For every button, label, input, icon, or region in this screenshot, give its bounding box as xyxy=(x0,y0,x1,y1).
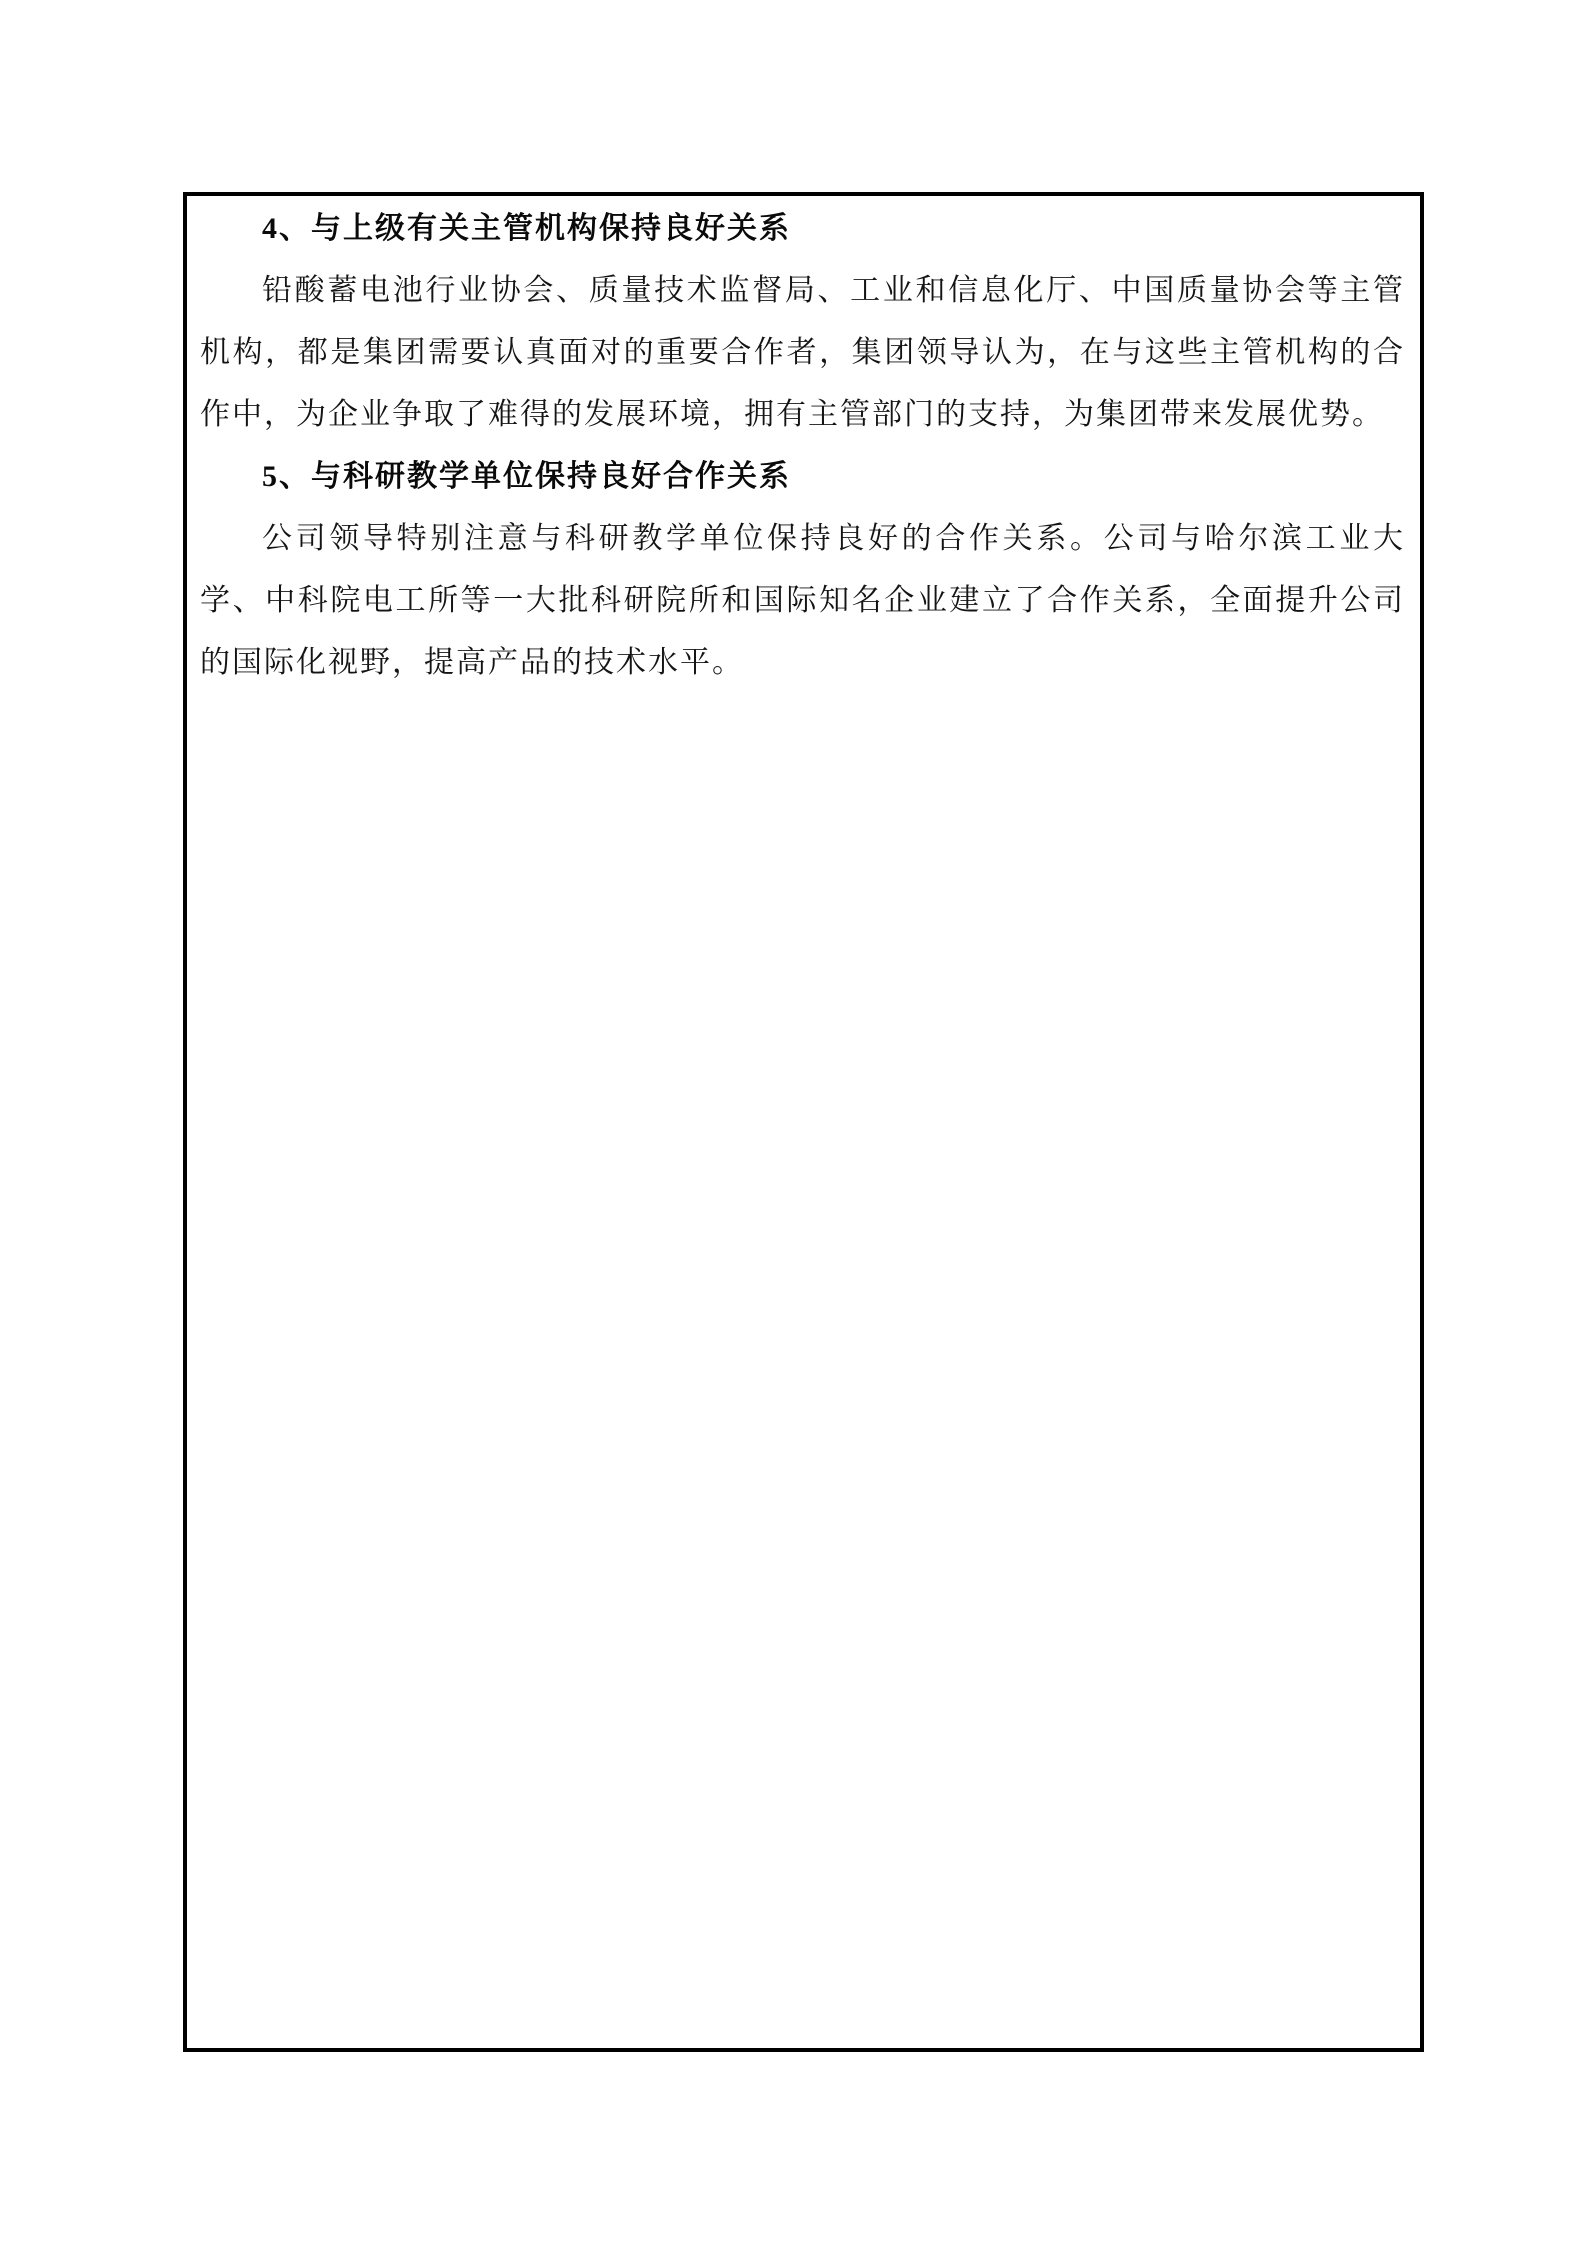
document-page: 4、与上级有关主管机构保持良好关系铅酸蓄电池行业协会、质量技术监督局、工业和信息… xyxy=(0,0,1587,2245)
paragraph-section-4: 铅酸蓄电池行业协会、质量技术监督局、工业和信息化厅、中国质量协会等主管机构，都是… xyxy=(200,260,1405,446)
heading-section-4: 4、与上级有关主管机构保持良好关系 xyxy=(200,198,1405,260)
content-border-box: 4、与上级有关主管机构保持良好关系铅酸蓄电池行业协会、质量技术监督局、工业和信息… xyxy=(183,192,1424,2052)
heading-section-5: 5、与科研教学单位保持良好合作关系 xyxy=(200,446,1405,508)
paragraph-section-5: 公司领导特别注意与科研教学单位保持良好的合作关系。公司与哈尔滨工业大学、中科院电… xyxy=(200,508,1405,694)
